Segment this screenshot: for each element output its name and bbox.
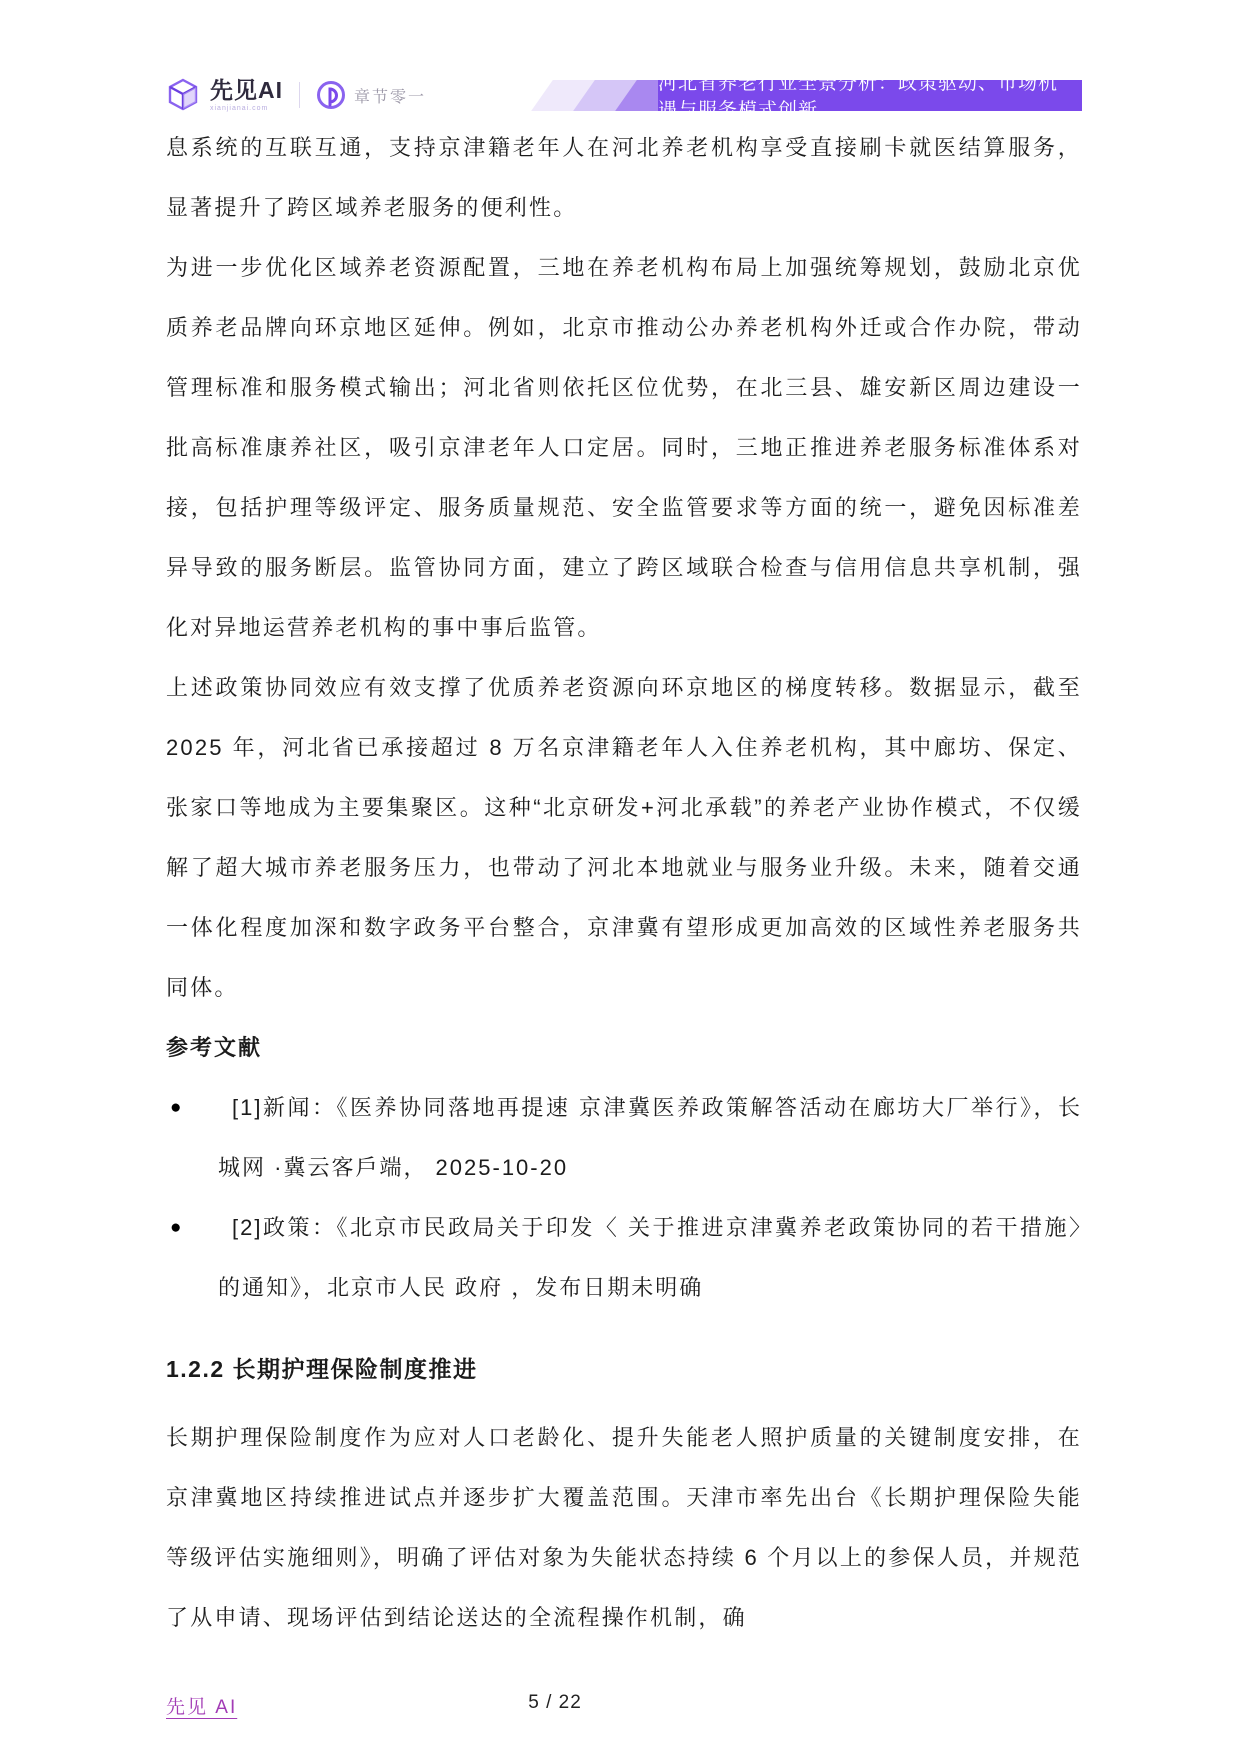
bullet-icon: ● xyxy=(170,1198,183,1258)
page-header: 先见AI xianjianai.com 章节零一 河北省养老行业全景分析：政策驱… xyxy=(166,74,1082,116)
body-paragraph: 息系统的互联互通，支持京津籍老年人在河北养老机构享受直接刷卡就医结算服务，显著提… xyxy=(166,118,1082,238)
references-heading: 参考文献 xyxy=(166,1018,1082,1078)
reference-item: ● [1]新闻：《医养协同落地再提速 京津冀医养政策解答活动在廊坊大厂举行》，长… xyxy=(166,1078,1082,1198)
cube-logo-icon xyxy=(166,78,200,112)
xianjian-ai-brand: 先见AI xianjianai.com xyxy=(166,78,283,112)
document-page: 先见AI xianjianai.com 章节零一 河北省养老行业全景分析：政策驱… xyxy=(0,0,1240,1755)
page-footer: 先见 AI 5 / 22 xyxy=(0,1692,1110,1732)
partner-brand: 章节零一 xyxy=(316,80,426,110)
page-number: 5 / 22 xyxy=(0,1692,1110,1714)
report-title-banner: 河北省养老行业全景分析：政策驱动、市场机遇与服务模式创新 xyxy=(658,80,1082,111)
body-paragraph: 长期护理保险制度作为应对人口老龄化、提升失能老人照护质量的关键制度安排，在京津冀… xyxy=(166,1408,1082,1648)
body-paragraph: 为进一步优化区域养老资源配置，三地在养老机构布局上加强统筹规划，鼓励北京优质养老… xyxy=(166,238,1082,658)
partner-name: 章节零一 xyxy=(354,84,426,107)
reference-text: [2]政策：《北京市民政局关于印发〈 关于推进京津冀养老政策协同的若干措施〉 的… xyxy=(218,1215,1114,1300)
brand-name: 先见AI xyxy=(210,79,283,102)
reference-item: ● [2]政策：《北京市民政局关于印发〈 关于推进京津冀养老政策协同的若干措施〉… xyxy=(166,1198,1082,1318)
references-list: ● [1]新闻：《医养协同落地再提速 京津冀医养政策解答活动在廊坊大厂举行》，长… xyxy=(166,1078,1082,1318)
header-banner-area: 河北省养老行业全景分析：政策驱动、市场机遇与服务模式创新 xyxy=(450,80,1082,111)
header-divider xyxy=(299,82,300,108)
circle-p-logo-icon xyxy=(316,80,346,110)
bullet-icon: ● xyxy=(170,1078,183,1138)
section-heading-1-2-2: 1.2.2 长期护理保险制度推进 xyxy=(166,1352,1082,1386)
brand-text-block: 先见AI xianjianai.com xyxy=(210,79,283,112)
brand-subtext: xianjianai.com xyxy=(210,105,283,112)
document-content: 息系统的互联互通，支持京津籍老年人在河北养老机构享受直接刷卡就医结算服务，显著提… xyxy=(166,118,1082,1648)
reference-text: [1]新闻：《医养协同落地再提速 京津冀医养政策解答活动在廊坊大厂举行》，长城网… xyxy=(218,1095,1082,1180)
body-paragraph: 上述政策协同效应有效支撑了优质养老资源向环京地区的梯度转移。数据显示，截至202… xyxy=(166,658,1082,1018)
